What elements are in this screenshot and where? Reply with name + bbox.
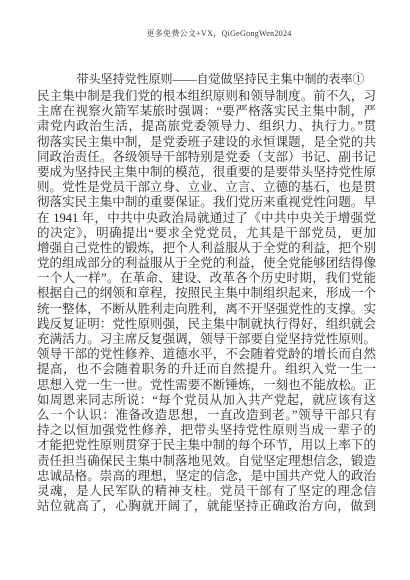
text-line: 才能把党性原则贯穿于民主集中制的每个环节，用以上率下的 [37, 438, 376, 453]
text-line: 如周恩来同志所说：“每个党员从加入共产党起，就应该有这 [37, 393, 376, 408]
text-line: 一个人一样”。在革命、建设、改革各个历史时期，我们党能 [37, 271, 376, 286]
text-line: 提高，也不会随着职务的升迁而自然提升。组织入党一生一次， [37, 362, 376, 377]
text-line: 党的组成部分的利益服从于全党的利益，使全党能够团结得像 [37, 256, 376, 271]
text-line: 民主集中制是我们党的根本组织原则和领导制度。前不久，习 [37, 89, 376, 104]
text-line: 么一个认识：准备改造思想，一直改造到老。”领导干部只有 [37, 408, 376, 423]
text-line: 同政治责任。各级领导干部特别是党委（支部）书记、副书记 [37, 150, 376, 165]
document-page: 更多免费公文+VX，QiGeGongWen2024 带头坚持党性原则——自觉做坚… [0, 0, 410, 580]
text-line: 统一整体，不断从胜利走向胜利，离不开坚强党性的支撑。实 [37, 302, 376, 317]
text-line: 站位就高了，心胸就开阔了，就能坚持正确政治方向，做到 [37, 499, 376, 514]
body-text: 民主集中制是我们党的根本组织原则和领导制度。前不久，习主席在视察火箭军某旅时强调… [37, 89, 376, 514]
text-line: 根据自己的纲领和章程，按照民主集中制组织起来，形成一个 [37, 286, 376, 301]
text-line: 主席在视察火箭军某旅时强调：“要严格落实民主集中制，严 [37, 104, 376, 119]
document-title: 带头坚持党性原则——自觉做坚持民主集中制的表率① [51, 71, 390, 88]
text-line: 践反复证明：党性原则强，民主集中制就执行得好，组织就会 [37, 317, 376, 332]
text-line: 的决定》，明确提出“要求全党党员，尤其是干部党员，更加 [37, 226, 376, 241]
text-line: 增强自己党性的锻炼，把个人利益服从于全党的利益，把个别 [37, 241, 376, 256]
text-line: 肃党内政治生活，提高旅党委领导力、组织力、执行力。”贯 [37, 119, 376, 134]
text-line: 在 1941 年，中共中央政治局就通过了《中共中央关于增强党性 [37, 211, 376, 226]
text-line: 彻落实民主集中制的重要保证。我们党历来重视党性问题。早 [37, 195, 376, 210]
text-line: 则。党性是党员干部立身、立业、立言、立德的基石，也是贯 [37, 180, 376, 195]
header-watermark-note: 更多免费公文+VX，QiGeGongWen2024 [0, 28, 410, 39]
text-line: 要成为坚持民主集中制的模范，很重要的是要带头坚持党性原 [37, 165, 376, 180]
text-line: 充满活力。习主席反复强调，领导干部要自觉坚持党性原则。 [37, 332, 376, 347]
text-line: 领导干部的党性修养、道德水平，不会随着党龄的增长而自然 [37, 347, 376, 362]
text-line: 忠诚品格。崇高的理想，坚定的信念，是中国共产党人的政治 [37, 469, 376, 484]
text-line: 思想入党一生一世。党性需要不断锤炼，一刻也不能放松。正 [37, 378, 376, 393]
text-line: 持之以恒加强党性修养，把带头坚持党性原则当成一辈子的事， [37, 423, 376, 438]
text-line: 灵魂，是人民军队的精神支柱。党员干部有了坚定的理念信念， [37, 484, 376, 499]
text-line: 彻落实民主集中制，是党委班子建设的永恒课题，是全党的共 [37, 135, 376, 150]
text-line: 责任担当确保民主集中制落地见效。自觉坚定理想信念，锻造 [37, 454, 376, 469]
